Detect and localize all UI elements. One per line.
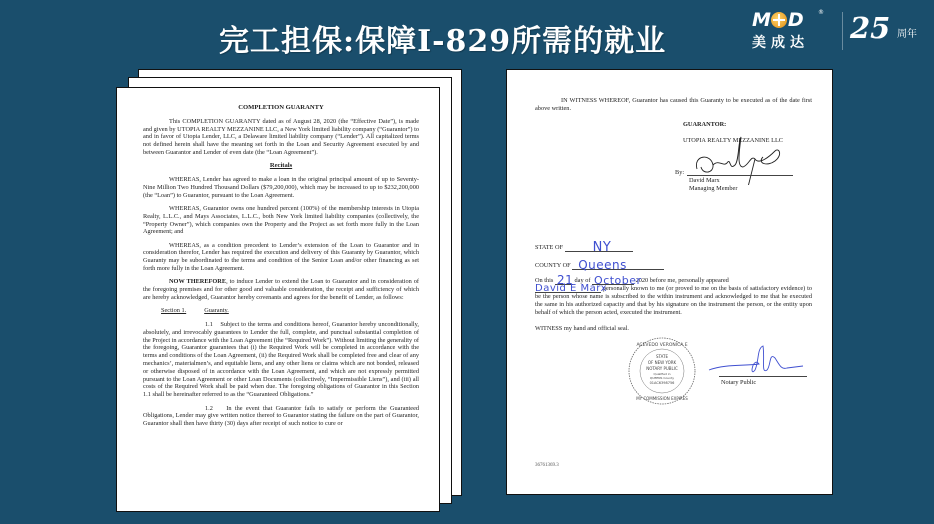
logo-divider xyxy=(842,12,843,50)
svg-text:QUEENS County: QUEENS County xyxy=(650,376,674,380)
county-field: Queens xyxy=(572,261,664,270)
svg-text:MY COMMISSION EXPIRES: MY COMMISSION EXPIRES xyxy=(636,396,688,401)
ack-person-field: David E Marx xyxy=(535,285,601,293)
notary-public-label: Notary Public xyxy=(721,379,756,387)
svg-text:01AC6398756: 01AC6398756 xyxy=(650,381,675,385)
registered-mark: ® xyxy=(818,9,824,16)
ack-person: David E Marx xyxy=(535,285,607,293)
ack-year: 2020 before me, personally appeared xyxy=(636,277,729,284)
signer-name: David Marx xyxy=(689,177,720,185)
guarantor-label: GUARANTOR: xyxy=(683,121,812,129)
clause-1-1-text: Subject to the terms and conditions here… xyxy=(143,321,419,398)
witness-seal-text: WITNESS my hand and official seal. xyxy=(535,325,812,333)
anniversary-number: 25 xyxy=(850,11,890,45)
document-id: 36761369.3 xyxy=(535,462,559,470)
acknowledgment-paragraph: On this 21 day of October 2020 before me… xyxy=(535,277,812,316)
section-title: Guaranty. xyxy=(204,307,229,315)
signature-line xyxy=(687,175,793,176)
clause-1-1-number: 1.1 xyxy=(205,321,213,328)
county-line: COUNTY OF Queens xyxy=(535,261,812,271)
recitals-heading: Recitals xyxy=(143,162,419,170)
witness-clause: IN WITNESS WHEREOF, Guarantor has caused… xyxy=(535,97,812,113)
svg-text:STATE: STATE xyxy=(656,354,669,359)
svg-text:NOTARY PUBLIC: NOTARY PUBLIC xyxy=(646,366,678,371)
company-logo: MD ® 美成达 25 周年 xyxy=(752,9,932,55)
recital-3: WHEREAS, as a condition precedent to Len… xyxy=(143,242,419,273)
section-number: Section 1. xyxy=(161,307,186,315)
logo-brand-latin: MD xyxy=(752,9,803,31)
county-value: Queens xyxy=(578,262,627,270)
slide-title: 完工担保:保障I-829所需的就业 xyxy=(219,16,666,60)
recital-1: WHEREAS, Lender has agreed to make a loa… xyxy=(143,176,419,199)
guarantor-signature-area: By: David Marx Managing Member xyxy=(675,145,812,195)
plate-fork-icon xyxy=(771,12,787,28)
state-field: NY xyxy=(565,243,633,252)
intro-paragraph: This COMPLETION GUARANTY dated as of Aug… xyxy=(143,118,419,157)
clause-1-2: 1.2 In the event that Guarantor fails to… xyxy=(143,405,419,428)
notary-block: STATE OF NEW YORK NOTARY PUBLIC Qualifie… xyxy=(535,336,812,410)
notary-signature-icon xyxy=(705,340,805,380)
logo-brand-cn: 美成达 xyxy=(752,32,809,52)
now-therefore-paragraph: NOW THEREFORE, to induce Lender to exten… xyxy=(143,278,419,301)
clause-1-1: 1.1 Subject to the terms and conditions … xyxy=(143,321,419,399)
signature-page: IN WITNESS WHEREOF, Guarantor has caused… xyxy=(506,69,833,495)
state-line: STATE OF NY xyxy=(535,243,812,253)
state-label: STATE OF xyxy=(535,244,563,251)
signer-title: Managing Member xyxy=(689,185,737,193)
by-label: By: xyxy=(675,169,684,177)
svg-text:ACEVEDO VERONICA E: ACEVEDO VERONICA E xyxy=(636,342,687,348)
anniversary-label: 周年 xyxy=(897,25,917,40)
notary-seal-icon: STATE OF NEW YORK NOTARY PUBLIC Qualifie… xyxy=(627,336,697,406)
notary-signature-line xyxy=(719,376,807,377)
clause-1-2-number: 1.2 xyxy=(205,405,213,412)
county-label: COUNTY OF xyxy=(535,262,571,269)
document-title: COMPLETION GUARANTY xyxy=(143,104,419,112)
svg-text:OF NEW YORK: OF NEW YORK xyxy=(648,360,677,365)
now-therefore-lead: NOW THEREFORE xyxy=(169,278,226,285)
recital-2: WHEREAS, Guarantor owns one hundred perc… xyxy=(143,205,419,236)
state-value: NY xyxy=(593,244,612,252)
section-heading: Section 1. Guaranty. xyxy=(143,307,419,315)
completion-guaranty-page: COMPLETION GUARANTY This COMPLETION GUAR… xyxy=(116,87,440,512)
clause-1-2-text: In the event that Guarantor fails to sat… xyxy=(143,405,419,428)
